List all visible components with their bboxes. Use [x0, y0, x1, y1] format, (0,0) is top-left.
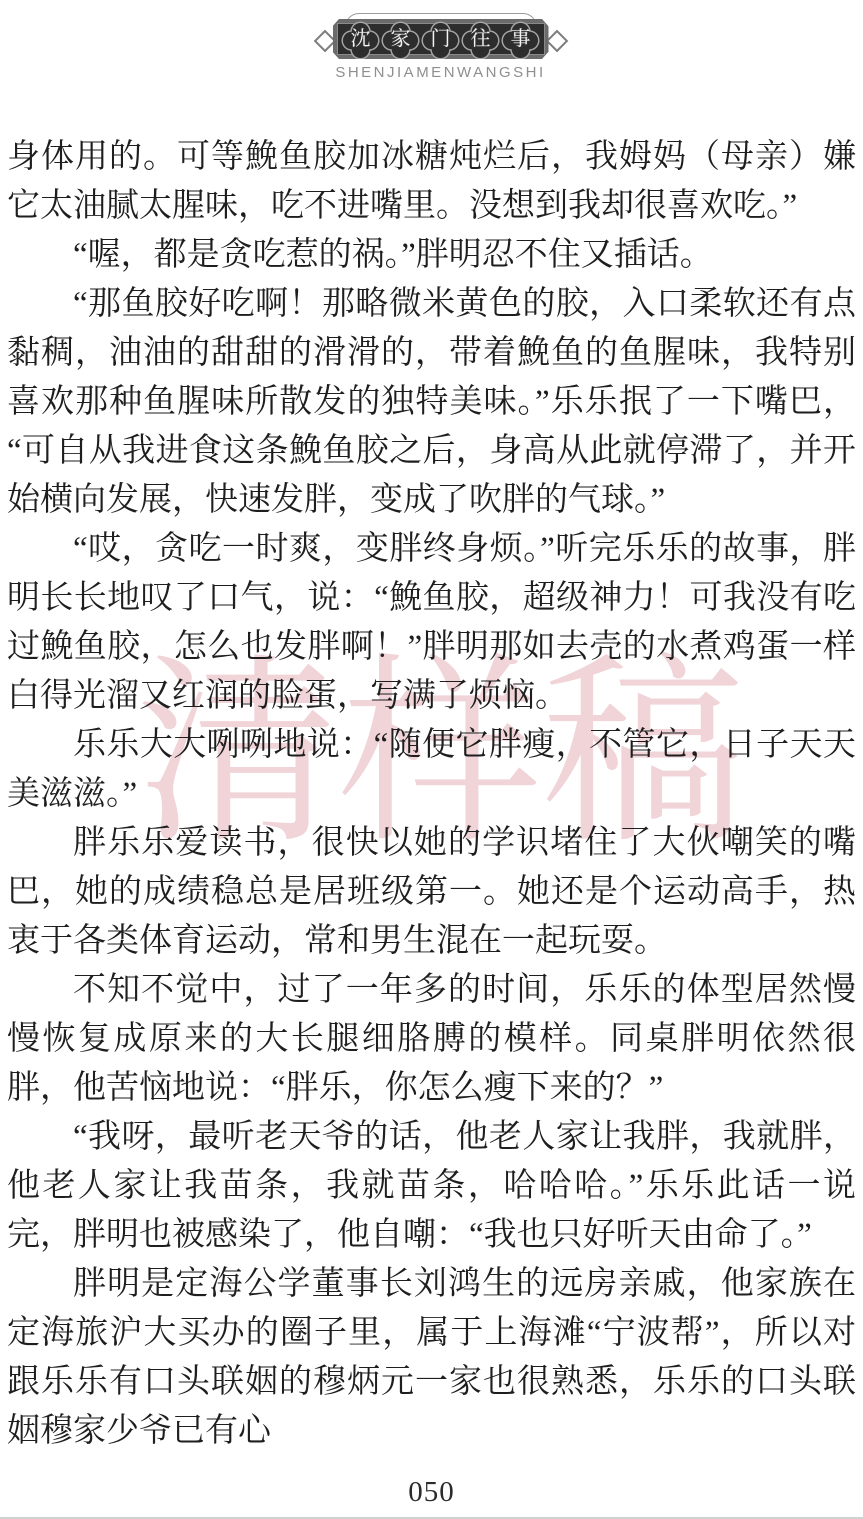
paragraph-3: “那鱼胶好吃啊！那略微米黄色的胶，入口柔软还有点黏稠，油油的甜甜的滑滑的，带着鮸…	[7, 280, 856, 525]
diamond-ornament-right-icon	[545, 30, 568, 53]
medallion-1: 沈	[341, 21, 380, 57]
paragraph-9: 胖明是定海公学董事长刘鸿生的远房亲戚，他家族在定海旅沪大买办的圈子里，属于上海滩…	[7, 1260, 856, 1456]
title-banner: 沈 家 门	[311, 0, 571, 100]
banner-char: 往	[461, 21, 500, 57]
medallion-2: 家	[381, 21, 420, 57]
banner-char: 家	[381, 21, 420, 57]
banner-char: 门	[421, 21, 460, 57]
book-page: 沈 家 门	[0, 0, 863, 1519]
page-footer: 050	[0, 1476, 863, 1509]
banner-char: 沈	[341, 21, 380, 57]
medallion-4: 往	[461, 21, 500, 57]
page-number: 050	[408, 1476, 455, 1508]
series-subtitle: SHENJIAMENWANGSHI	[311, 64, 571, 81]
paragraph-8: “我呀，最听老天爷的话，他老人家让我胖，我就胖，他老人家让我苗条，我就苗条，哈哈…	[7, 1113, 856, 1260]
paragraph-7: 不知不觉中，过了一年多的时间，乐乐的体型居然慢慢恢复成原来的大长腿细胳膊的模样。…	[7, 966, 856, 1113]
paragraph-1: 身体用的。可等鮸鱼胶加冰糖炖烂后，我姆妈（母亲）嫌它太油腻太腥味，吃不进嘴里。没…	[7, 133, 856, 231]
paragraph-5: 乐乐大大咧咧地说：“随便它胖瘦，不管它，日子天天美滋滋。”	[7, 721, 856, 819]
diamond-ornament-left-icon	[313, 30, 336, 53]
page-body-text: 身体用的。可等鮸鱼胶加冰糖炖烂后，我姆妈（母亲）嫌它太油腻太腥味，吃不进嘴里。没…	[7, 133, 856, 1456]
paragraph-4: “哎，贪吃一时爽，变胖终身烦。”听完乐乐的故事，胖明长长地叹了口气，说：“鮸鱼胶…	[7, 525, 856, 721]
paragraph-6: 胖乐乐爱读书，很快以她的学识堵住了大伙嘲笑的嘴巴，她的成绩稳总是居班级第一。她还…	[7, 819, 856, 966]
title-plaque: 沈 家 门	[333, 19, 549, 59]
banner-char: 事	[501, 21, 540, 57]
medallion-3: 门	[421, 21, 460, 57]
title-plaque-inner: 沈 家 门	[337, 23, 545, 55]
paragraph-2: “喔，都是贪吃惹的祸。”胖明忍不住又插话。	[7, 231, 856, 280]
medallion-5: 事	[501, 21, 540, 57]
page-header: 沈 家 门	[0, 0, 863, 100]
